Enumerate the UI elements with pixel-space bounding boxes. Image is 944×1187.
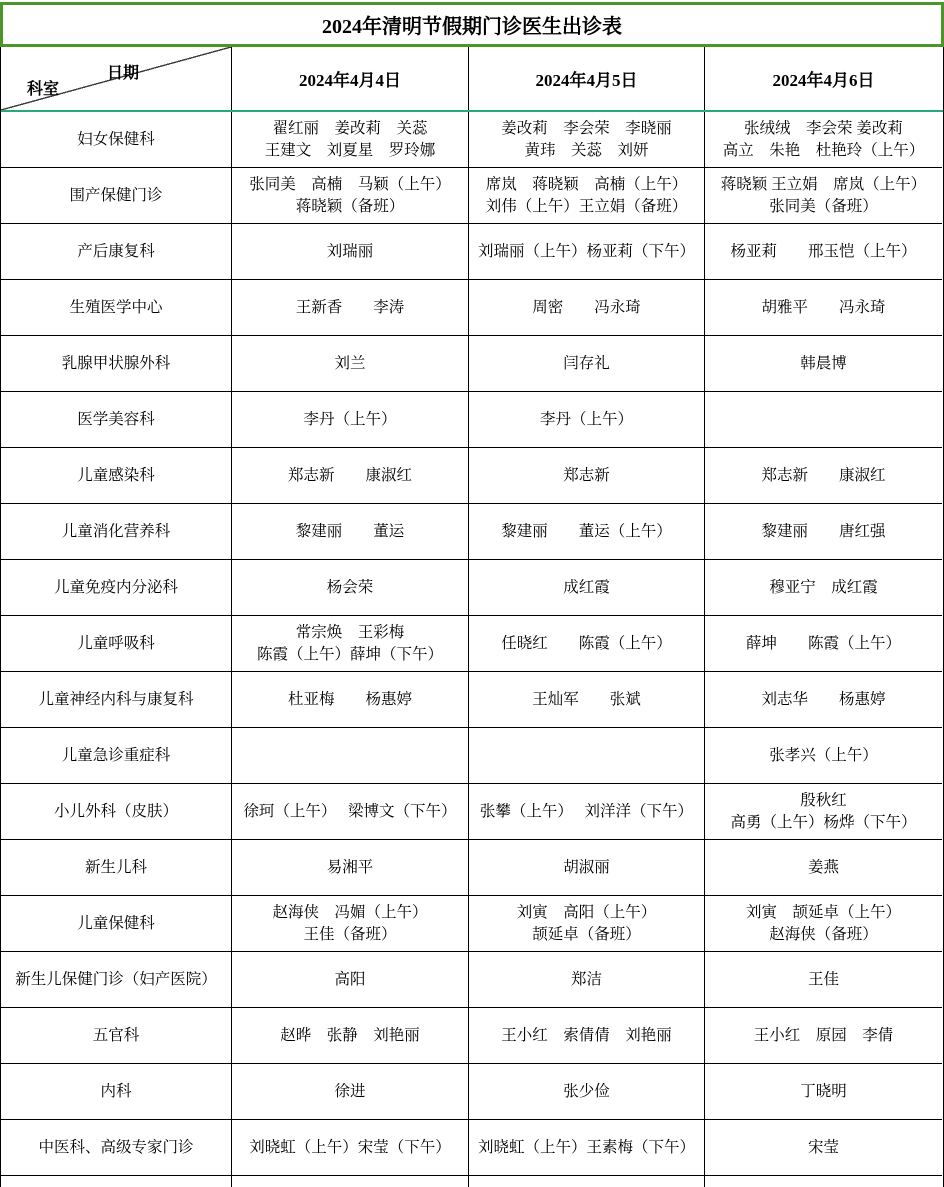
schedule-cell: 穆亚宁 成红霞 [705, 560, 942, 616]
department-cell: 儿童免疫内分泌科 [1, 560, 232, 616]
schedule-cell: 易湘平 [232, 840, 469, 896]
table-row: 生殖医学中心王新香 李涛周密 冯永琦胡雅平 冯永琦 [1, 280, 943, 336]
department-cell: 妇女保健科 [1, 112, 232, 168]
column-header-date: 2024年4月4日 [232, 47, 469, 110]
schedule-cell [469, 728, 705, 784]
schedule-cell [232, 728, 469, 784]
department-cell: 围产保健门诊 [1, 168, 232, 224]
schedule-cell: 王新香 李涛 [232, 280, 469, 336]
partial-bottom-row [1, 1176, 943, 1187]
schedule-cell: 李丹（上午） [469, 392, 705, 448]
schedule-cell: 赵晔 张静 刘艳丽 [232, 1008, 469, 1064]
table-row: 儿童保健科赵海侠 冯媚（上午） 王佳（备班）刘寅 高阳（上午） 颉延卓（备班）刘… [1, 896, 943, 952]
department-cell: 儿童急诊重症科 [1, 728, 232, 784]
schedule-cell: 李丹（上午） [232, 392, 469, 448]
schedule-cell: 高阳 [232, 952, 469, 1008]
schedule-cell: 薛坤 陈霞（上午） [705, 616, 942, 672]
schedule-cell: 张同美 高楠 马颖（上午） 蒋晓颖（备班） [232, 168, 469, 224]
schedule-cell: 常宗焕 王彩梅 陈霞（上午）薛坤（下午） [232, 616, 469, 672]
column-header-date: 2024年4月6日 [705, 47, 942, 110]
empty-cell [1, 1176, 232, 1187]
schedule-cell: 杜亚梅 杨惠婷 [232, 672, 469, 728]
schedule-cell: 刘兰 [232, 336, 469, 392]
empty-cell [232, 1176, 469, 1187]
schedule-cell: 殷秋红 高勇（上午）杨烨（下午） [705, 784, 942, 840]
empty-cell [705, 1176, 942, 1187]
department-cell: 生殖医学中心 [1, 280, 232, 336]
schedule-cell: 张攀（上午） 刘洋洋（下午） [469, 784, 705, 840]
table-row: 妇女保健科翟红丽 姜改莉 关蕊 王建文 刘夏星 罗玲娜姜改莉 李会荣 李晓丽 黄… [1, 112, 943, 168]
table-row: 新生儿科易湘平胡淑丽姜燕 [1, 840, 943, 896]
schedule-cell: 王佳 [705, 952, 942, 1008]
department-cell: 乳腺甲状腺外科 [1, 336, 232, 392]
schedule-cell: 周密 冯永琦 [469, 280, 705, 336]
department-cell: 儿童神经内科与康复科 [1, 672, 232, 728]
table-row: 儿童免疫内分泌科杨会荣成红霞穆亚宁 成红霞 [1, 560, 943, 616]
schedule-cell: 刘晓虹（上午）王素梅（下午） [469, 1120, 705, 1176]
table-row: 中医科、高级专家门诊刘晓虹（上午）宋莹（下午）刘晓虹（上午）王素梅（下午）宋莹 [1, 1120, 943, 1176]
department-cell: 儿童呼吸科 [1, 616, 232, 672]
corner-label-date: 日期 [107, 60, 139, 83]
schedule-cell [705, 392, 942, 448]
header-row: 日期 科室 2024年4月4日 2024年4月5日 2024年4月6日 [1, 47, 943, 112]
schedule-cell: 韩晨博 [705, 336, 942, 392]
schedule-cell: 郑志新 康淑红 [232, 448, 469, 504]
corner-header-cell: 日期 科室 [1, 47, 232, 110]
table-row: 产后康复科刘瑞丽刘瑞丽（上午）杨亚莉（下午）杨亚莉 邢玉恺（上午） [1, 224, 943, 280]
schedule-cell: 翟红丽 姜改莉 关蕊 王建文 刘夏星 罗玲娜 [232, 112, 469, 168]
schedule-cell: 徐珂（上午） 梁博文（下午） [232, 784, 469, 840]
schedule-cell: 宋莹 [705, 1120, 942, 1176]
schedule-cell: 丁晓明 [705, 1064, 942, 1120]
schedule-cell: 张少俭 [469, 1064, 705, 1120]
department-cell: 新生儿保健门诊（妇产医院） [1, 952, 232, 1008]
schedule-cell: 闫存礼 [469, 336, 705, 392]
schedule-cell: 席岚 蒋晓颖 高楠（上午） 刘伟（上午）王立娟（备班） [469, 168, 705, 224]
table-row: 新生儿保健门诊（妇产医院）高阳郑洁王佳 [1, 952, 943, 1008]
schedule-cell: 刘寅 高阳（上午） 颉延卓（备班） [469, 896, 705, 952]
schedule-cell: 赵海侠 冯媚（上午） 王佳（备班） [232, 896, 469, 952]
schedule-cell: 刘晓虹（上午）宋莹（下午） [232, 1120, 469, 1176]
schedule-cell: 成红霞 [469, 560, 705, 616]
department-cell: 医学美容科 [1, 392, 232, 448]
table-row: 儿童消化营养科黎建丽 董运黎建丽 董运（上午）黎建丽 唐红强 [1, 504, 943, 560]
table-row: 围产保健门诊张同美 高楠 马颖（上午） 蒋晓颖（备班）席岚 蒋晓颖 高楠（上午）… [1, 168, 943, 224]
table-body: 妇女保健科翟红丽 姜改莉 关蕊 王建文 刘夏星 罗玲娜姜改莉 李会荣 李晓丽 黄… [1, 112, 943, 1176]
schedule-cell: 黎建丽 董运（上午） [469, 504, 705, 560]
schedule-cell: 张孝兴（上午） [705, 728, 942, 784]
department-cell: 儿童感染科 [1, 448, 232, 504]
table-row: 小儿外科（皮肤）徐珂（上午） 梁博文（下午）张攀（上午） 刘洋洋（下午）殷秋红 … [1, 784, 943, 840]
schedule-cell: 刘瑞丽（上午）杨亚莉（下午） [469, 224, 705, 280]
schedule-cell: 徐进 [232, 1064, 469, 1120]
table-row: 医学美容科李丹（上午）李丹（上午） [1, 392, 943, 448]
department-cell: 儿童保健科 [1, 896, 232, 952]
schedule-cell: 胡淑丽 [469, 840, 705, 896]
schedule-cell: 胡雅平 冯永琦 [705, 280, 942, 336]
table-row: 儿童急诊重症科张孝兴（上午） [1, 728, 943, 784]
corner-label-department: 科室 [27, 76, 59, 99]
department-cell: 中医科、高级专家门诊 [1, 1120, 232, 1176]
department-cell: 产后康复科 [1, 224, 232, 280]
schedule-cell: 王灿军 张斌 [469, 672, 705, 728]
schedule-cell: 张绒绒 李会荣 姜改莉 高立 朱艳 杜艳玲（上午） [705, 112, 942, 168]
schedule-cell: 郑志新 康淑红 [705, 448, 942, 504]
schedule-sheet: 2024年清明节假期门诊医生出诊表 日期 科室 2024年4月4日 2024年4… [0, 2, 944, 1187]
department-cell: 新生儿科 [1, 840, 232, 896]
schedule-cell: 刘志华 杨惠婷 [705, 672, 942, 728]
schedule-cell: 刘瑞丽 [232, 224, 469, 280]
table-title: 2024年清明节假期门诊医生出诊表 [322, 10, 622, 39]
schedule-cell: 郑洁 [469, 952, 705, 1008]
table-row: 儿童感染科郑志新 康淑红郑志新郑志新 康淑红 [1, 448, 943, 504]
schedule-table: 日期 科室 2024年4月4日 2024年4月5日 2024年4月6日 妇女保健… [0, 47, 944, 1187]
schedule-cell: 黎建丽 唐红强 [705, 504, 942, 560]
table-row: 儿童呼吸科常宗焕 王彩梅 陈霞（上午）薛坤（下午）任晓红 陈霞（上午）薛坤 陈霞… [1, 616, 943, 672]
department-cell: 内科 [1, 1064, 232, 1120]
schedule-cell: 郑志新 [469, 448, 705, 504]
schedule-cell: 黎建丽 董运 [232, 504, 469, 560]
empty-cell [469, 1176, 705, 1187]
schedule-cell: 王小红 索倩倩 刘艳丽 [469, 1008, 705, 1064]
table-title-box: 2024年清明节假期门诊医生出诊表 [0, 2, 944, 47]
schedule-cell: 王小红 原园 李倩 [705, 1008, 942, 1064]
schedule-cell: 姜燕 [705, 840, 942, 896]
schedule-cell: 蒋晓颖 王立娟 席岚（上午） 张同美（备班） [705, 168, 942, 224]
schedule-cell: 杨会荣 [232, 560, 469, 616]
department-cell: 儿童消化营养科 [1, 504, 232, 560]
table-row: 五官科赵晔 张静 刘艳丽王小红 索倩倩 刘艳丽王小红 原园 李倩 [1, 1008, 943, 1064]
table-row: 儿童神经内科与康复科杜亚梅 杨惠婷王灿军 张斌刘志华 杨惠婷 [1, 672, 943, 728]
schedule-cell: 任晓红 陈霞（上午） [469, 616, 705, 672]
schedule-cell: 姜改莉 李会荣 李晓丽 黄玮 关蕊 刘妍 [469, 112, 705, 168]
department-cell: 小儿外科（皮肤） [1, 784, 232, 840]
column-header-date: 2024年4月5日 [469, 47, 705, 110]
schedule-cell: 刘寅 颉延卓（上午） 赵海侠（备班） [705, 896, 942, 952]
table-row: 乳腺甲状腺外科刘兰闫存礼韩晨博 [1, 336, 943, 392]
schedule-cell: 杨亚莉 邢玉恺（上午） [705, 224, 942, 280]
table-row: 内科徐进张少俭丁晓明 [1, 1064, 943, 1120]
department-cell: 五官科 [1, 1008, 232, 1064]
